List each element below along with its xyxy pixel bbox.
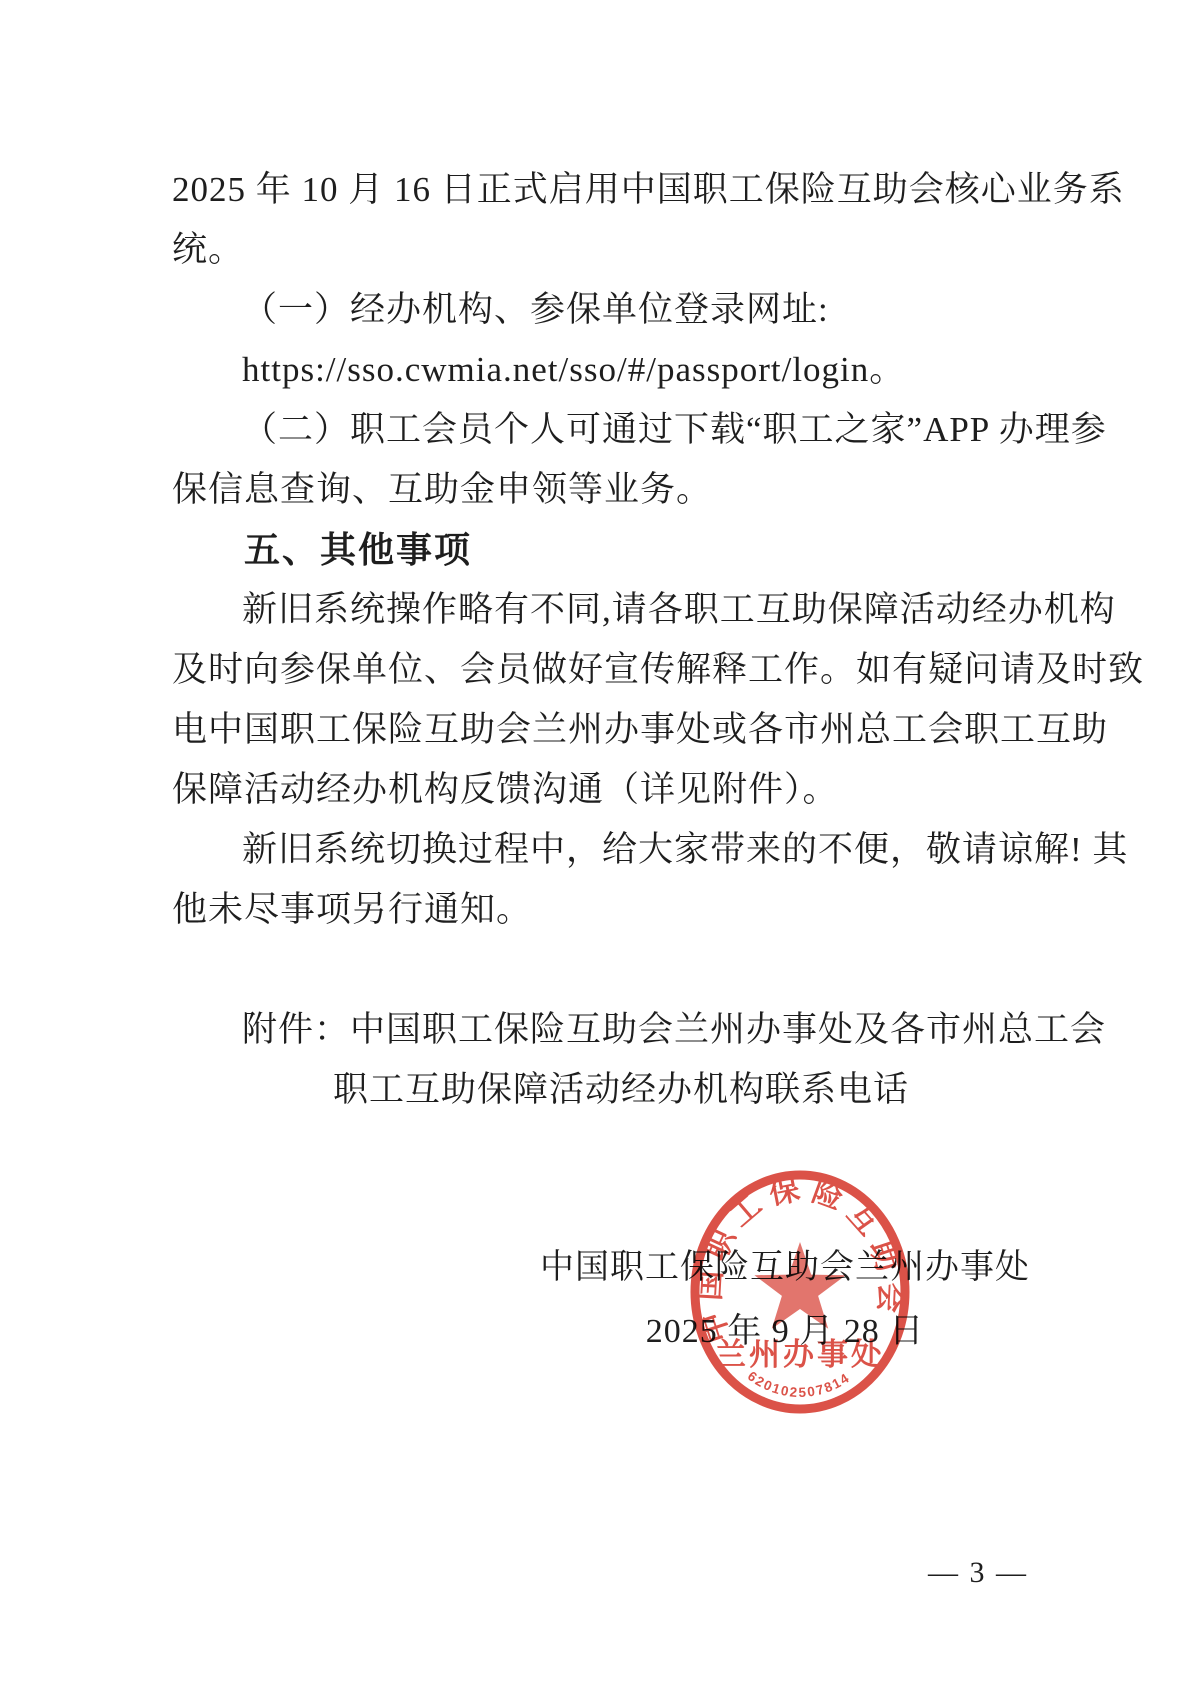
document-line: （二）职工会员个人可通过下载“职工之家”APP 办理参 bbox=[172, 400, 1030, 460]
document-line: 职工互助保障活动经办机构联系电话 bbox=[172, 1060, 1030, 1120]
star-icon bbox=[754, 1242, 845, 1329]
document-line: 他未尽事项另行通知。 bbox=[172, 880, 1030, 940]
document-line: 电中国职工保险互助会兰州办事处或各市州总工会职工互助 bbox=[172, 700, 1030, 760]
document-line: 2025 年 10 月 16 日正式启用中国职工保险互助会核心业务系 bbox=[172, 160, 1030, 220]
seal-graphic: 中国职工保险互助会 兰州办事处 6201025078144 bbox=[684, 1164, 916, 1420]
document-line: 附件：中国职工保险互助会兰州办事处及各市州总工会 bbox=[172, 1000, 1030, 1060]
section-heading: 五、其他事项 bbox=[172, 520, 1030, 580]
document-line: 新旧系统操作略有不同,请各职工互助保障活动经办机构 bbox=[172, 580, 1030, 640]
page-number: — 3 — bbox=[928, 1556, 1028, 1590]
official-seal: 中国职工保险互助会 兰州办事处 6201025078144 bbox=[684, 1164, 916, 1420]
seal-bottom-text: 兰州办事处 bbox=[715, 1337, 885, 1372]
document-body: 2025 年 10 月 16 日正式启用中国职工保险互助会核心业务系统。（一）经… bbox=[172, 160, 1030, 1120]
document-page: 2025 年 10 月 16 日正式启用中国职工保险互助会核心业务系统。（一）经… bbox=[0, 0, 1190, 1684]
document-line: https://sso.cwmia.net/sso/#/passport/log… bbox=[172, 340, 1030, 400]
document-line: 保信息查询、互助金申领等业务。 bbox=[172, 460, 1030, 520]
document-line: 保障活动经办机构反馈沟通（详见附件）。 bbox=[172, 760, 1030, 820]
document-line: 及时向参保单位、会员做好宣传解释工作。如有疑问请及时致 bbox=[172, 640, 1030, 700]
document-line: 统。 bbox=[172, 220, 1030, 280]
blank-line bbox=[172, 940, 1030, 1000]
document-line: 新旧系统切换过程中，给大家带来的不便，敬请谅解! 其 bbox=[172, 820, 1030, 880]
document-line: （一）经办机构、参保单位登录网址: bbox=[172, 280, 1030, 340]
